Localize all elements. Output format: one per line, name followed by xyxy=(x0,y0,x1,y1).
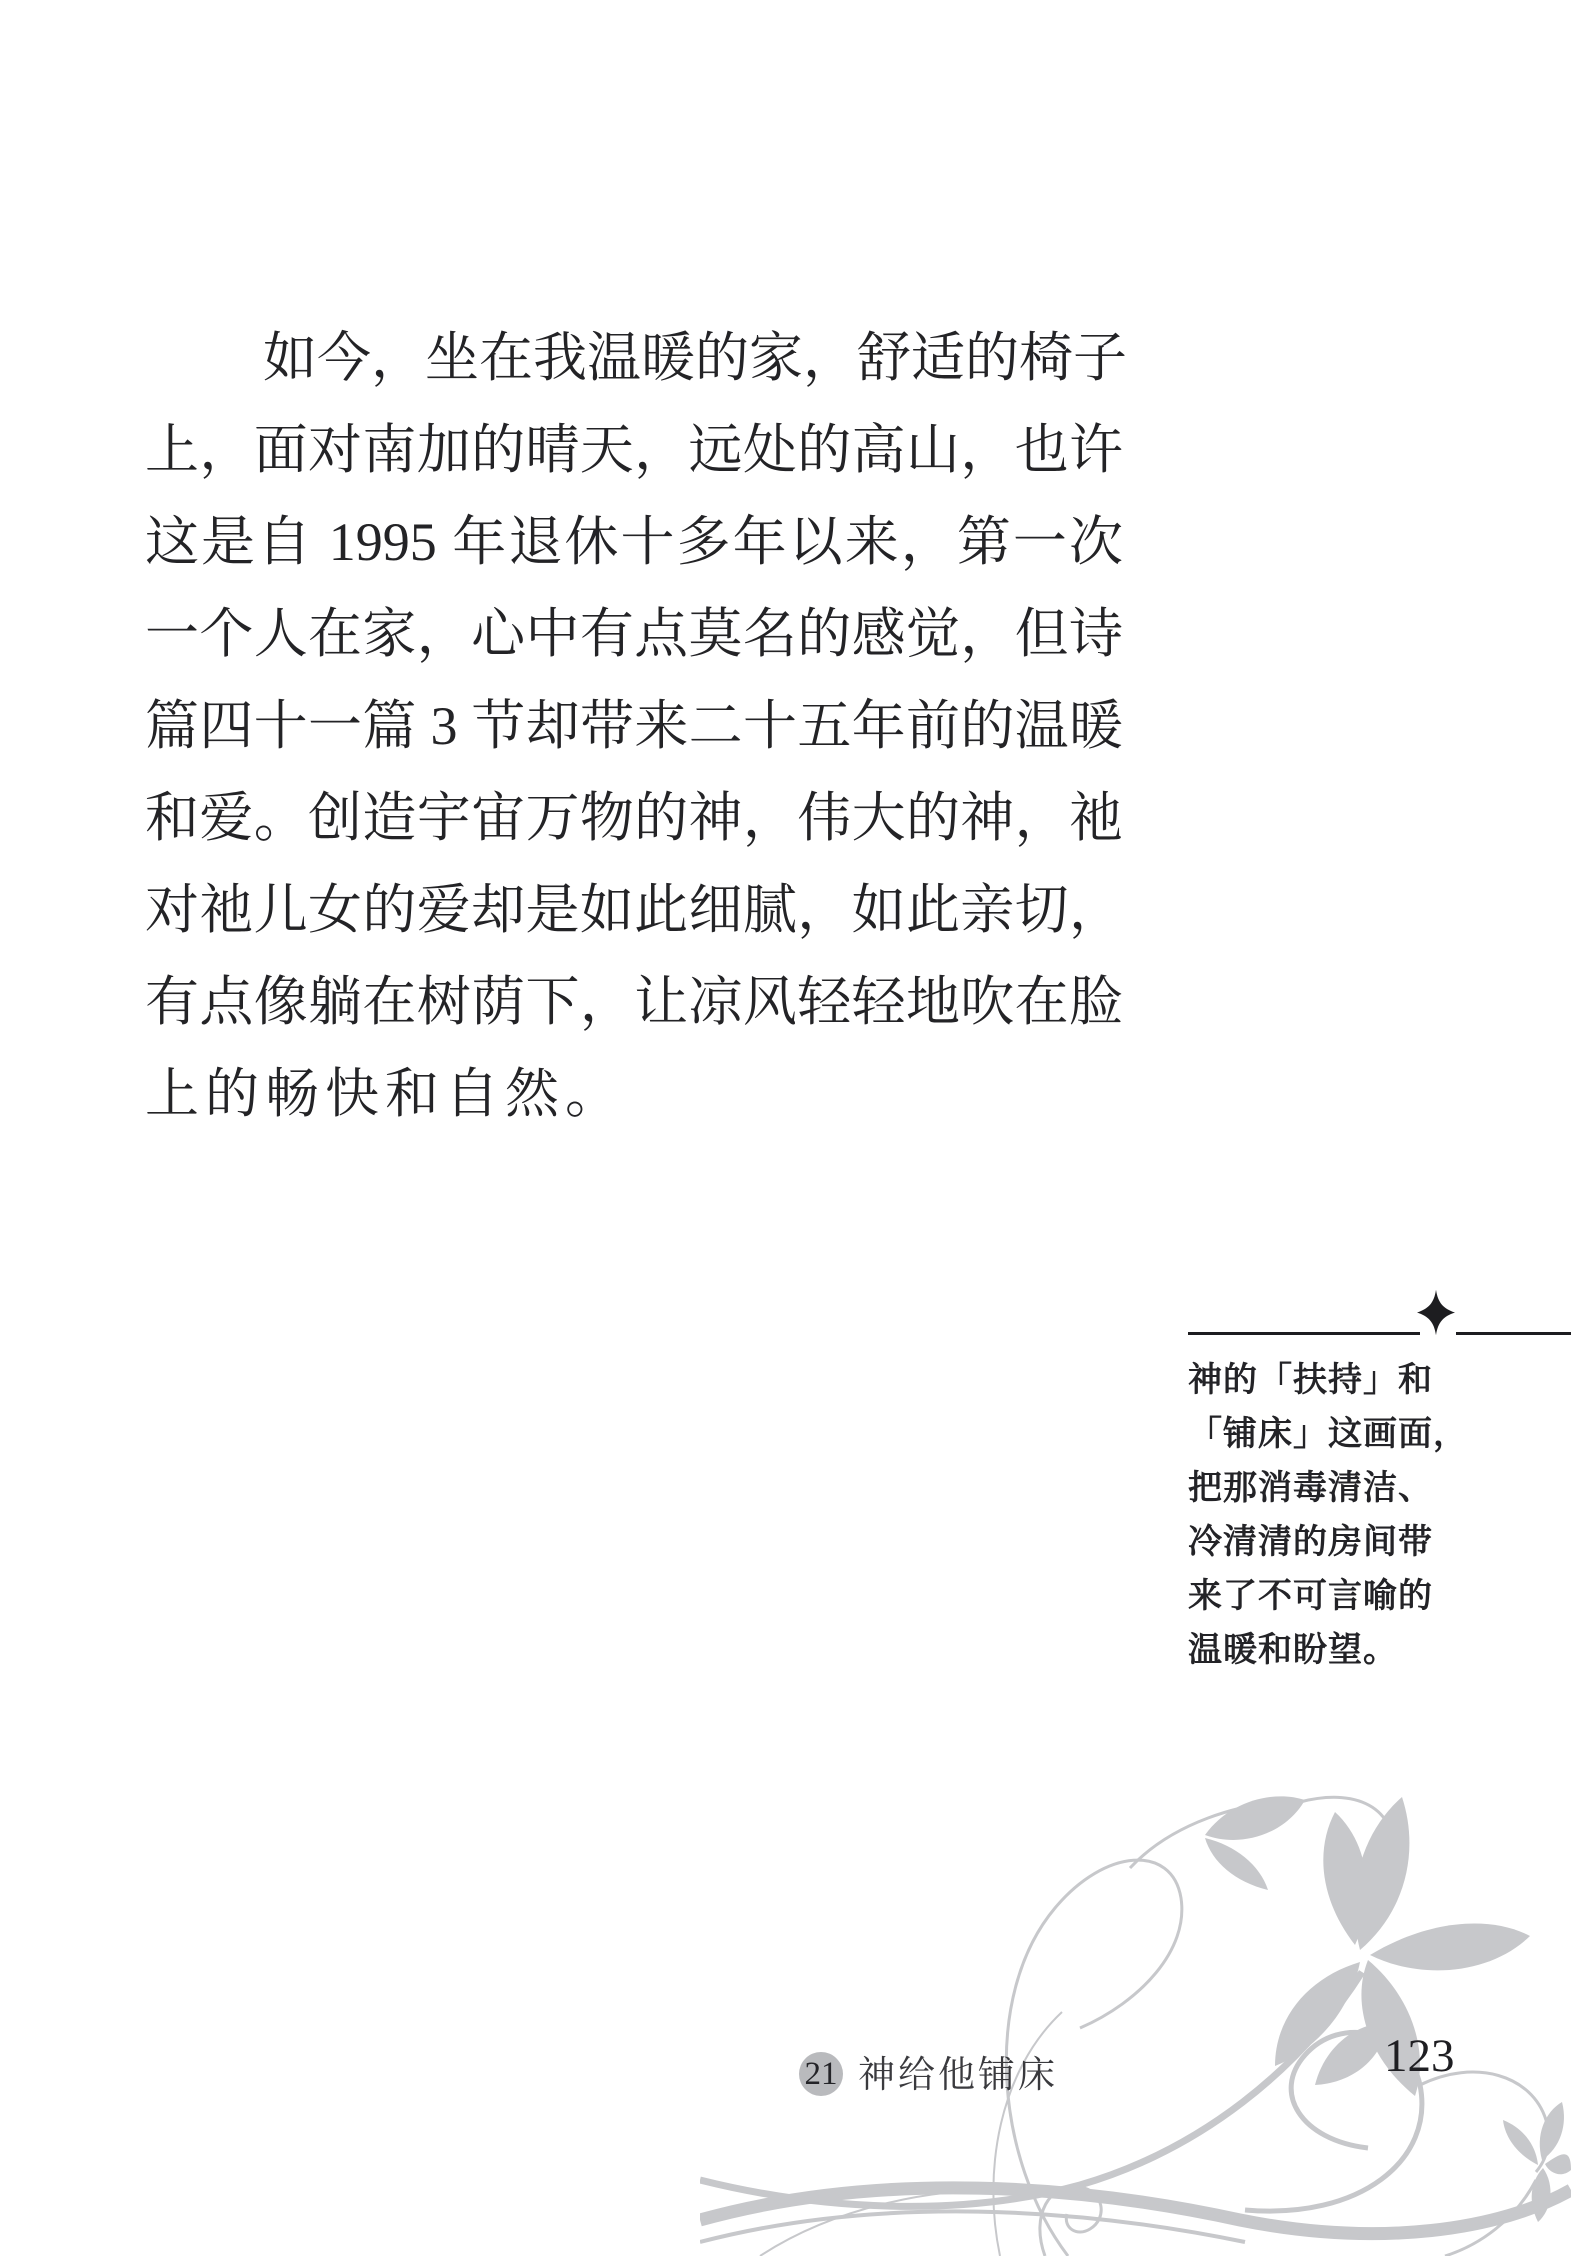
note-line: 「铺床」这画面， xyxy=(1188,1407,1518,1461)
paragraph-line: 这是自 1995 年退休十多年以来，第一次 xyxy=(145,496,1123,588)
floral-vine-ornament xyxy=(700,1740,1571,2256)
four-pointed-star-icon xyxy=(1417,1289,1455,1336)
main-paragraph: 如今，坐在我温暖的家，舒适的椅子 上，面对南加的晴天，远处的高山，也许 这是自 … xyxy=(145,312,1123,1140)
chapter-number-badge: 21 xyxy=(799,2052,843,2096)
book-page: { "body": { "lines": [ "如今，坐在我温暖的家，舒适的椅子… xyxy=(0,0,1571,2256)
note-line: 冷清清的房间带 xyxy=(1188,1515,1518,1569)
paragraph-line: 篇四十一篇 3 节却带来二十五年前的温暖 xyxy=(145,680,1123,772)
paragraph-line: 和爱。创造宇宙万物的神，伟大的神，祂 xyxy=(145,772,1123,864)
paragraph-line: 上的畅快和自然。 xyxy=(145,1048,1123,1140)
paragraph-line: 一个人在家，心中有点莫名的感觉，但诗 xyxy=(145,588,1123,680)
note-text: 神的「扶持」和 「铺床」这画面， 把那消毒清洁、 冷清清的房间带 来了不可言喻的… xyxy=(1188,1353,1518,1677)
note-line: 来了不可言喻的 xyxy=(1188,1569,1518,1623)
paragraph-line: 对祂儿女的爱却是如此细腻，如此亲切， xyxy=(145,864,1123,956)
note-line: 温暖和盼望。 xyxy=(1188,1623,1518,1677)
sidebar-note: 神的「扶持」和 「铺床」这画面， 把那消毒清洁、 冷清清的房间带 来了不可言喻的… xyxy=(1188,1291,1571,1711)
page-number: 123 xyxy=(1384,2030,1455,2082)
paragraph-line: 有点像躺在树荫下，让凉风轻轻地吹在脸 xyxy=(145,956,1123,1048)
chapter-title: 神给他铺床 xyxy=(858,2054,1058,2096)
note-divider xyxy=(1456,1332,1571,1335)
note-line: 神的「扶持」和 xyxy=(1188,1353,1518,1407)
note-line: 把那消毒清洁、 xyxy=(1188,1461,1518,1515)
paragraph-line: 上，面对南加的晴天，远处的高山，也许 xyxy=(145,404,1123,496)
paragraph-line: 如今，坐在我温暖的家，舒适的椅子 xyxy=(145,312,1123,404)
note-divider xyxy=(1188,1332,1420,1335)
